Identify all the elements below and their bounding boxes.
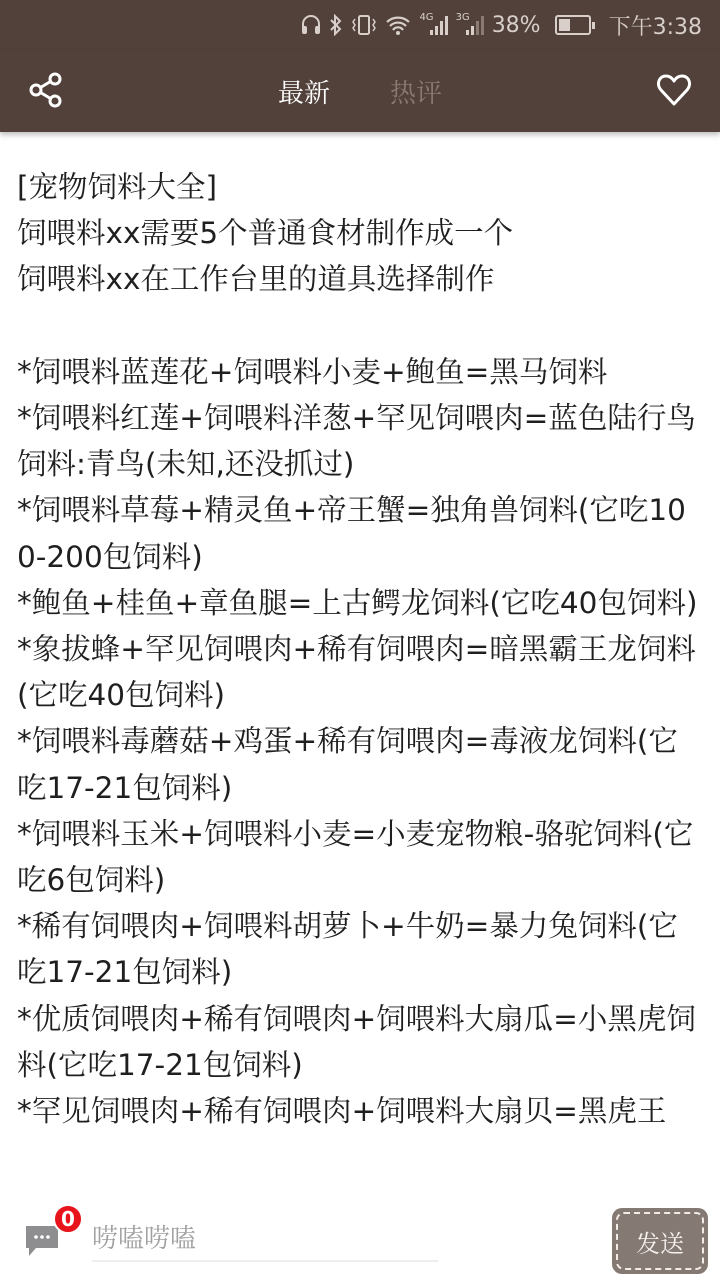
content-line: *鲍鱼+桂鱼+章鱼腿=上古鳄龙饲料(它吃40包饲料) — [17, 580, 704, 626]
clock: 下午3:38 — [609, 10, 702, 41]
tab-bar: 最新 热评 — [0, 50, 720, 132]
wifi-icon — [385, 13, 411, 37]
content-line: 饲喂料xx在工作台里的道具选择制作 — [17, 256, 704, 302]
status-bar: 4G 3G 38% 下午3:38 — [0, 0, 720, 50]
tab-hot-comments[interactable]: 热评 — [390, 73, 442, 110]
tab-latest[interactable]: 最新 — [278, 73, 330, 110]
content-line: *优质饲喂肉+稀有饲喂肉+饲喂料大扇瓜=小黑虎饲料(它吃17-21包饲料) — [17, 996, 704, 1088]
comment-count-badge: 0 — [53, 1204, 83, 1234]
comment-input[interactable] — [92, 1218, 438, 1262]
battery-percent: 38% — [492, 13, 541, 38]
content-line: *饲喂料草莓+精灵鱼+帝王蟹=独角兽饲料(它吃100-200包饲料) — [17, 487, 704, 579]
content-line: *象拔蜂+罕见饲喂肉+稀有饲喂肉=暗黑霸王龙饲料(它吃40包饲料) — [17, 626, 704, 718]
headphones-icon — [301, 13, 321, 37]
bluetooth-icon — [329, 13, 343, 37]
comment-icon[interactable] — [24, 1224, 60, 1260]
signal-4g-icon: 4G — [419, 13, 447, 37]
send-label: 发送 — [636, 1224, 684, 1259]
heart-icon[interactable] — [656, 72, 692, 108]
app-bar: 最新 热评 — [0, 50, 720, 132]
article-content: [宠物饲料大全] 饲喂料xx需要5个普通食材制作成一个 饲喂料xx在工作台里的道… — [0, 132, 720, 1204]
blank-line — [17, 303, 704, 349]
content-line: *饲喂料毒蘑菇+鸡蛋+稀有饲喂肉=毒液龙饲料(它吃17-21包饲料) — [17, 718, 704, 810]
vibrate-icon — [351, 13, 377, 37]
content-line: [宠物饲料大全] — [17, 164, 704, 210]
signal-3g-icon: 3G — [456, 13, 484, 37]
battery-icon — [555, 15, 591, 35]
content-line: *罕见饲喂肉+稀有饲喂肉+饲喂料大扇贝=黑虎王 — [17, 1088, 704, 1134]
content-line: 饲喂料xx需要5个普通食材制作成一个 — [17, 210, 704, 256]
content-line: *饲喂料蓝莲花+饲喂料小麦+鲍鱼=黑马饲料 — [17, 349, 704, 395]
content-line: *饲喂料红莲+饲喂料洋葱+罕见饲喂肉=蓝色陆行鸟饲料:青鸟(未知,还没抓过) — [17, 395, 704, 487]
content-line: *稀有饲喂肉+饲喂料胡萝卜+牛奶=暴力兔饲料(它吃17-21包饲料) — [17, 903, 704, 995]
send-button[interactable]: 发送 — [612, 1208, 708, 1274]
content-line: *饲喂料玉米+饲喂料小麦=小麦宠物粮-骆驼饲料(它吃6包饲料) — [17, 811, 704, 903]
